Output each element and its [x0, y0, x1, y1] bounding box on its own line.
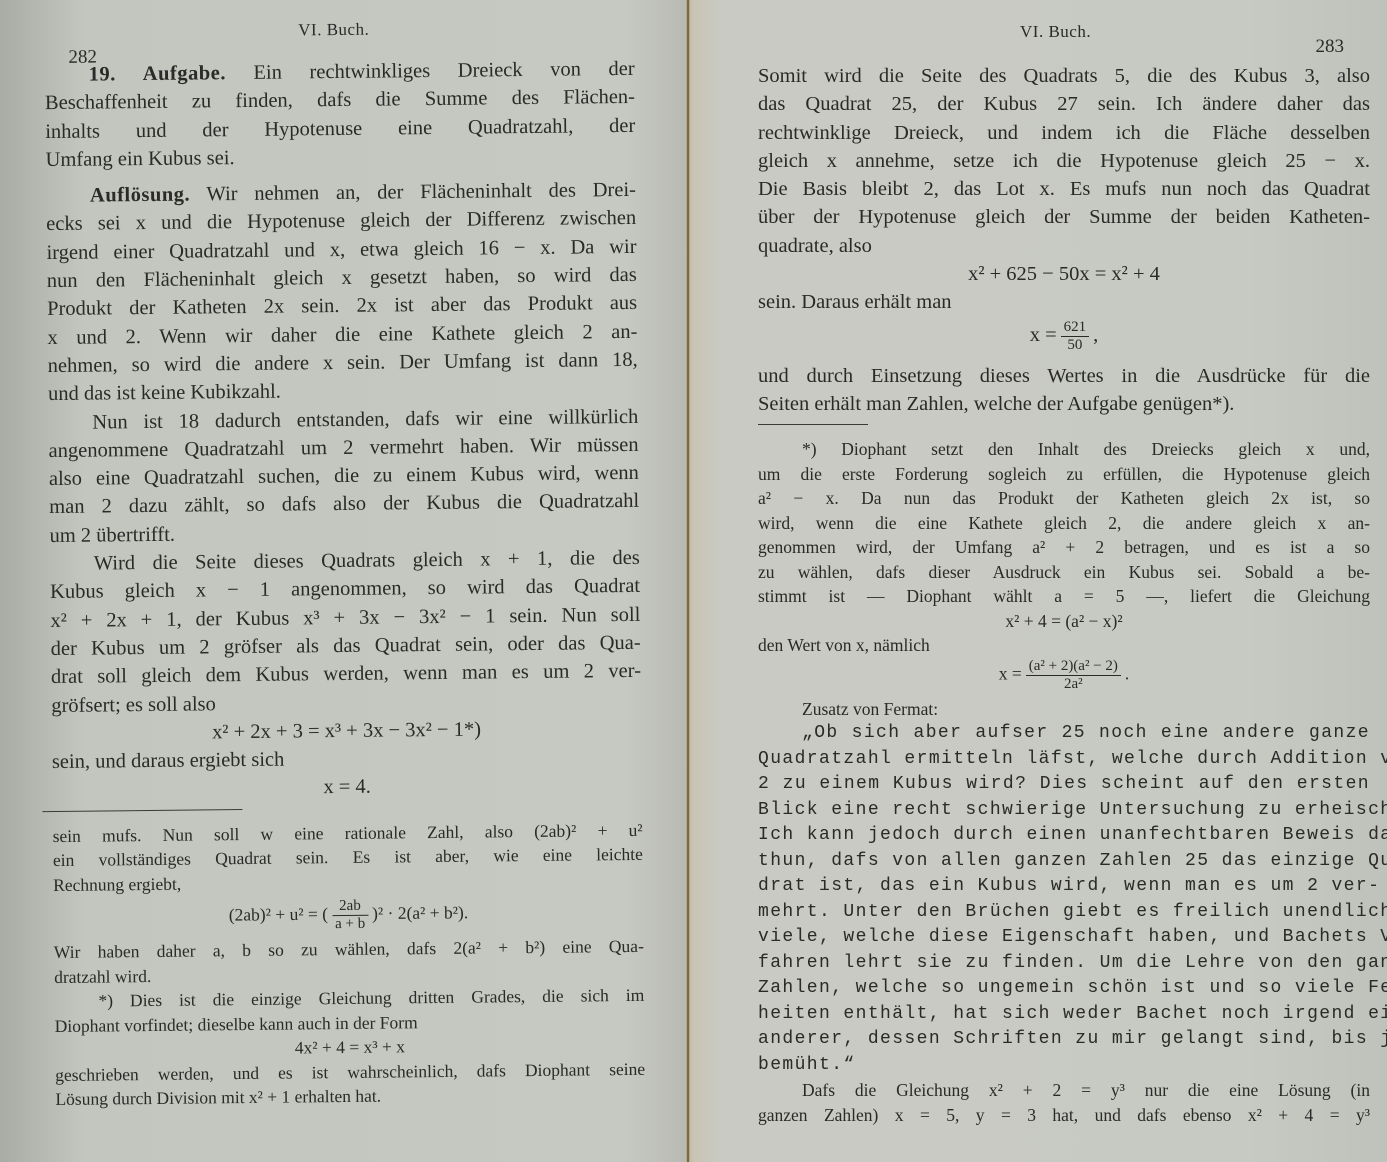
quote-line: Quadratzahl ermitteln läfst, welche durc…: [758, 747, 1370, 773]
left-page: VI. Buch. 282 19. Aufgabe. Ein rechtwink…: [34, 0, 646, 1162]
text-line: über der Hypotenuse gleich der Summe der…: [758, 203, 1370, 231]
fermat-quote: „Ob sich aber aufser 25 noch eine andere…: [758, 721, 1370, 1078]
text-line: gleich x annehme, setze ich die Hypotenu…: [758, 147, 1370, 175]
problem-label: 19. Aufgabe.: [89, 62, 226, 85]
text-line: sein. Daraus erhält man: [758, 288, 1370, 316]
text-line: Somit wird die Seite des Quadrats 5, die…: [758, 62, 1370, 90]
page-number: 283: [1316, 36, 1345, 58]
footnote-line: Lösung durch Division mit x² + 1 erhalte…: [55, 1081, 645, 1112]
left-page-body: 19. Aufgabe. Ein rechtwinkliges Dreieck …: [45, 55, 646, 1112]
footnote-rule: [42, 809, 242, 812]
fraction: 2aba + b: [332, 898, 368, 933]
text-line: und durch Einsetzung dieses Wertes in di…: [758, 362, 1370, 390]
text-line: Dafs die Gleichung x² + 2 = y³ nur die e…: [758, 1078, 1370, 1103]
quote-line: mehrt. Unter den Brüchen giebt es freili…: [758, 900, 1370, 926]
quote-line: bemüht.“: [758, 1053, 1370, 1079]
text-line: Rechnung ergiebt,: [53, 867, 643, 898]
running-head: VI. Buch.: [298, 20, 369, 41]
right-page: VI. Buch. 283 Somit wird die Seite des Q…: [758, 0, 1370, 1162]
footnote-block: sein mufs. Nun soll w eine rationale Zah…: [53, 818, 646, 1112]
equation: (2ab)² + u² = (2aba + b)² · 2(a² + b²).: [53, 895, 643, 936]
text-line: das Quadrat 25, der Kubus 27 sein. Ich ä…: [758, 90, 1370, 118]
quote-line: Ich kann jedoch durch einen unanfechtbar…: [758, 823, 1370, 849]
equation: x = 4.: [52, 770, 642, 804]
quote-line: heiten enthält, hat sich weder Bachet no…: [758, 1002, 1370, 1028]
footnote-line: a² − x. Da nun das Produkt der Katheten …: [758, 486, 1370, 511]
equation: x =62150,: [758, 319, 1370, 354]
book-spread: VI. Buch. 282 19. Aufgabe. Ein rechtwink…: [0, 0, 1387, 1162]
running-head: VI. Buch.: [1020, 22, 1091, 42]
book-gutter: [686, 0, 690, 1162]
equation: x² + 625 − 50x = x² + 4: [758, 260, 1370, 288]
quote-line: anderer, dessen Schriften zu mir gelangt…: [758, 1027, 1370, 1053]
equation: x² + 4 = (a² − x)²: [758, 609, 1370, 634]
quote-line: „Ob sich aber aufser 25 noch eine andere…: [758, 721, 1370, 747]
quote-line: viele, welche diese Eigenschaft haben, u…: [758, 925, 1370, 951]
quote-line: Blick eine recht schwierige Untersuchung…: [758, 798, 1370, 824]
footnote-line: genommen wird, der Umfang a² + 2 betrage…: [758, 535, 1370, 560]
text-line: quadrate, also: [758, 232, 1370, 260]
footnote-line: stimmt ist — Diophant wählt a = 5 —, lie…: [758, 584, 1370, 609]
fraction: 62150: [1061, 319, 1090, 354]
text-line: Die Basis bleibt 2, das Lot x. Es mufs n…: [758, 175, 1370, 203]
right-page-body: Somit wird die Seite des Quadrats 5, die…: [758, 62, 1370, 1127]
footnote-line: *) Diophant setzt den Inhalt des Dreieck…: [758, 437, 1370, 462]
footnote-rule: [758, 424, 868, 425]
text-line: Seiten erhält man Zahlen, welche der Auf…: [758, 390, 1370, 418]
equation: x =(a² + 2)(a² − 2)2a².: [758, 658, 1370, 693]
footnote-line: um die erste Forderung sogleich zu erfül…: [758, 462, 1370, 487]
fermat-heading: Zusatz von Fermat:: [758, 697, 1370, 722]
footnote-block: *) Diophant setzt den Inhalt des Dreieck…: [758, 437, 1370, 1127]
footnote-line: den Wert von x, nämlich: [758, 633, 1370, 658]
text-line: rechtwinklige Dreieck, und indem ich die…: [758, 119, 1370, 147]
footnote-line: zu wählen, dafs dieser Ausdruck ein Kubu…: [758, 560, 1370, 585]
fraction: (a² + 2)(a² − 2)2a²: [1026, 658, 1121, 693]
footnote-line: wird, wenn die eine Kathete gleich 2, di…: [758, 511, 1370, 536]
quote-line: Zahlen, welche so ungemein schön ist und…: [758, 976, 1370, 1002]
text-line: ganzen Zahlen) x = 5, y = 3 hat, und daf…: [758, 1103, 1370, 1128]
quote-line: fahren lehrt sie zu finden. Um die Lehre…: [758, 951, 1370, 977]
quote-line: 2 zu einem Kubus wird? Dies scheint auf …: [758, 772, 1370, 798]
solution-label: Auflösung.: [90, 184, 190, 207]
quote-line: drat ist, das ein Kubus wird, wenn man e…: [758, 874, 1370, 900]
quote-line: thun, dafs von allen ganzen Zahlen 25 da…: [758, 849, 1370, 875]
